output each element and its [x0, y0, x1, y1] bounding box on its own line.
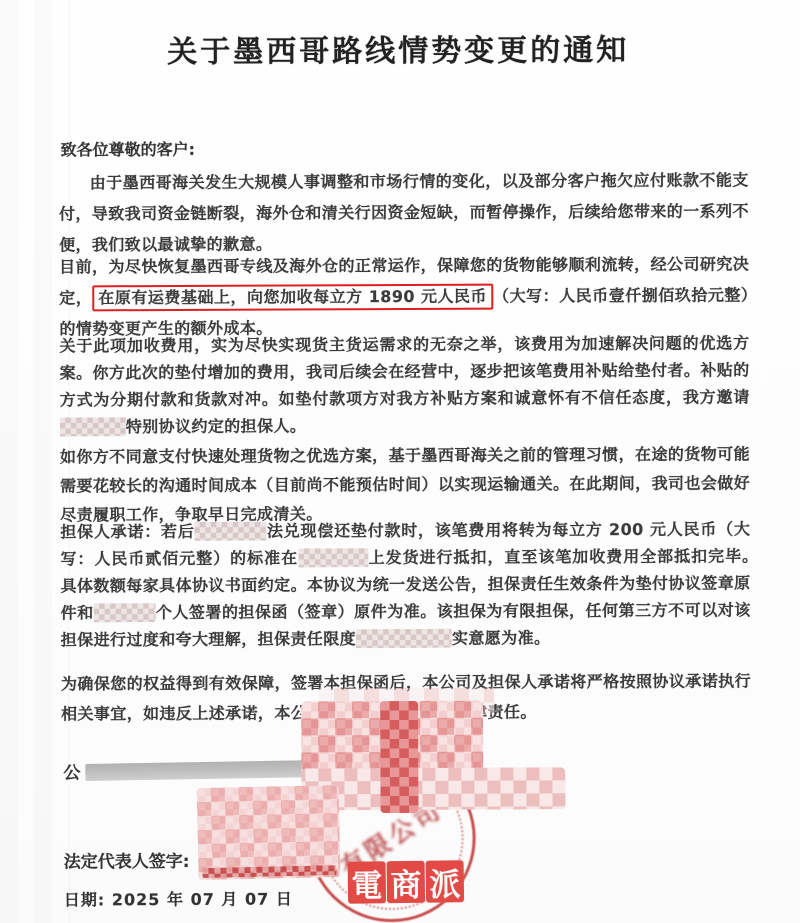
redacted-text: [298, 548, 368, 567]
highlighted-surcharge-text: 在原有运费基础上，向您加收每立方 1890 元人民币: [92, 284, 493, 312]
redacted-text: [60, 417, 126, 436]
document-content: 关于墨西哥路线情势变更的通知 致各位尊敬的客户: 由于墨西哥海关发生大规模人事调…: [0, 0, 800, 923]
redacted-signature: [197, 785, 341, 880]
redacted-text: [356, 629, 452, 648]
watermark-char-2: 商: [387, 861, 426, 903]
text-segment: 如你方不同意支付快速处理货物之优选方案，基于墨西哥海关之前的管理习惯，在途的货物…: [60, 444, 750, 524]
para-guarantee: 担保人承诺：若后法兑现偿还垫付款时，该笔费用将转为每立方 200 元人民币（大写…: [60, 515, 751, 653]
text-segment: 为确保您的权益得到有效保障，签署本担保函后，本公司及担保人承诺将严格按照协议承诺…: [61, 671, 751, 723]
date-line: 日期: 2025 年 07 月 07 日: [64, 886, 293, 910]
text-segment: 特别协议约定的担保人。: [126, 416, 306, 436]
para-apology: 由于墨西哥海关发生大规模人事调整和市场行情的变化，以及部分客户拖欠应付账款不能支…: [59, 164, 749, 260]
para-closing: 为确保您的权益得到有效保障，签署本担保函后，本公司及担保人承诺将严格按照协议承诺…: [61, 666, 751, 729]
watermark-char-3: 派: [426, 860, 465, 902]
document-title: 关于墨西哥路线情势变更的通知: [0, 24, 798, 71]
text-segment: 由于墨西哥海关发生大规模人事调整和市场行情的变化，以及部分客户拖欠应付账款不能支…: [59, 170, 749, 254]
watermark: 電 商 派: [348, 860, 465, 904]
watermark-char-1: 電: [348, 861, 387, 903]
legal-representative-label: 法定代表人签字:: [64, 847, 190, 873]
company-prefix: 公: [63, 763, 80, 783]
salutation: 致各位尊敬的客户:: [61, 137, 196, 161]
company-name-line: 公: [63, 757, 347, 783]
document-page: 关于墨西哥路线情势变更的通知 致各位尊敬的客户: 由于墨西哥海关发生大规模人事调…: [0, 0, 800, 923]
redacted-text: [195, 522, 267, 541]
text-segment: 实意愿为准。: [452, 628, 550, 647]
text-segment: 担保人承诺：若后: [60, 522, 194, 542]
para-subsidy: 关于此项加收费用，实为尽快实现货主货运需求的无奈之举，该费用为加速解决问题的优选…: [59, 329, 749, 440]
redacted-company-name: [85, 760, 347, 781]
paragraphs: 由于墨西哥海关发生大规模人事调整和市场行情的变化，以及部分客户拖欠应付账款不能支…: [0, 0, 798, 2]
text-segment: 关于此项加收费用，实为尽快实现货主货运需求的无奈之举，该费用为加速解决问题的优选…: [59, 333, 749, 409]
redacted-text: [94, 603, 156, 622]
